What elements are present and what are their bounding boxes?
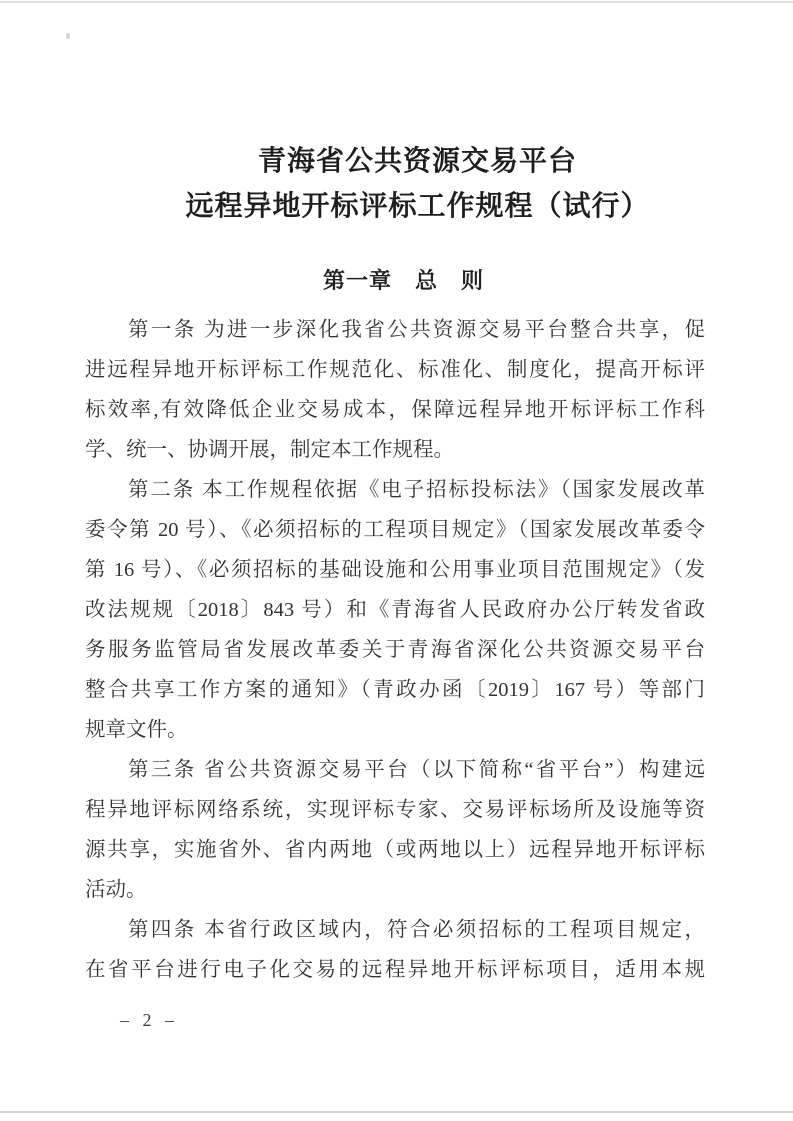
article-1-paragraph: 第一条 为进一步深化我省公共资源交易平台整合共享，促 进远程异地开标评标工作规范… — [85, 310, 705, 470]
scan-edge-top — [0, 1, 793, 3]
chapter-heading: 第一章 总 则 — [0, 264, 793, 295]
document-title: 青海省公共资源交易平台 远程异地开标评标工作规程（试行） — [0, 139, 793, 229]
body-line: 源共享，实施省外、省内两地（或两地以上）远程异地开标评标 — [85, 830, 705, 870]
article-3-paragraph: 第三条 省公共资源交易平台（以下简称“省平台”）构建远 程异地评标网络系统，实现… — [85, 750, 705, 910]
body-line: 务服务监管局省发展改革委关于青海省深化公共资源交易平台 — [85, 630, 705, 670]
body-line: 规章文件。 — [85, 710, 705, 750]
body-line: 在省平台进行电子化交易的远程异地开标评标项目，适用本规 — [85, 950, 705, 990]
body-line: 整合共享工作方案的通知》（青政办函〔2019〕167 号）等部门 — [85, 670, 705, 710]
body-line: 委令第 20 号）、《必须招标的工程项目规定》（国家发展改革委令 — [85, 510, 705, 550]
body-line: 第一条 为进一步深化我省公共资源交易平台整合共享，促 — [85, 310, 705, 350]
scanned-document-page: 青海省公共资源交易平台 远程异地开标评标工作规程（试行） 第一章 总 则 第一条… — [0, 0, 793, 1121]
body-line: 改法规规〔2018〕843 号）和《青海省人民政府办公厅转发省政 — [85, 590, 705, 630]
body-line: 进远程异地开标评标工作规范化、标准化、制度化，提高开标评 — [85, 350, 705, 390]
document-title-line-1: 青海省公共资源交易平台 — [42, 139, 793, 184]
body-line: 第四条 本省行政区域内，符合必须招标的工程项目规定， — [85, 910, 705, 950]
body-line: 程异地评标网络系统，实现评标专家、交易评标场所及设施等资 — [85, 790, 705, 830]
body-line: 活动。 — [85, 870, 705, 910]
body-line: 标效率,有效降低企业交易成本，保障远程异地开标评标工作科 — [85, 390, 705, 430]
document-title-line-2: 远程异地开标评标工作规程（试行） — [42, 184, 793, 229]
scan-edge-bottom — [0, 1111, 793, 1113]
page-number: – 2 – — [120, 1010, 176, 1031]
body-line: 学、统一、协调开展，制定本工作规程。 — [85, 430, 705, 470]
article-2-paragraph: 第二条 本工作规程依据《电子招标投标法》（国家发展改革 委令第 20 号）、《必… — [85, 470, 705, 750]
article-4-paragraph: 第四条 本省行政区域内，符合必须招标的工程项目规定， 在省平台进行电子化交易的远… — [85, 910, 705, 990]
body-line: 第二条 本工作规程依据《电子招标投标法》（国家发展改革 — [85, 470, 705, 510]
document-body: 第一条 为进一步深化我省公共资源交易平台整合共享，促 进远程异地开标评标工作规范… — [85, 310, 705, 990]
scan-artifact — [66, 33, 70, 39]
body-line: 第 16 号）、《必须招标的基础设施和公用事业项目范围规定》（发 — [85, 550, 705, 590]
body-line: 第三条 省公共资源交易平台（以下简称“省平台”）构建远 — [85, 750, 705, 790]
